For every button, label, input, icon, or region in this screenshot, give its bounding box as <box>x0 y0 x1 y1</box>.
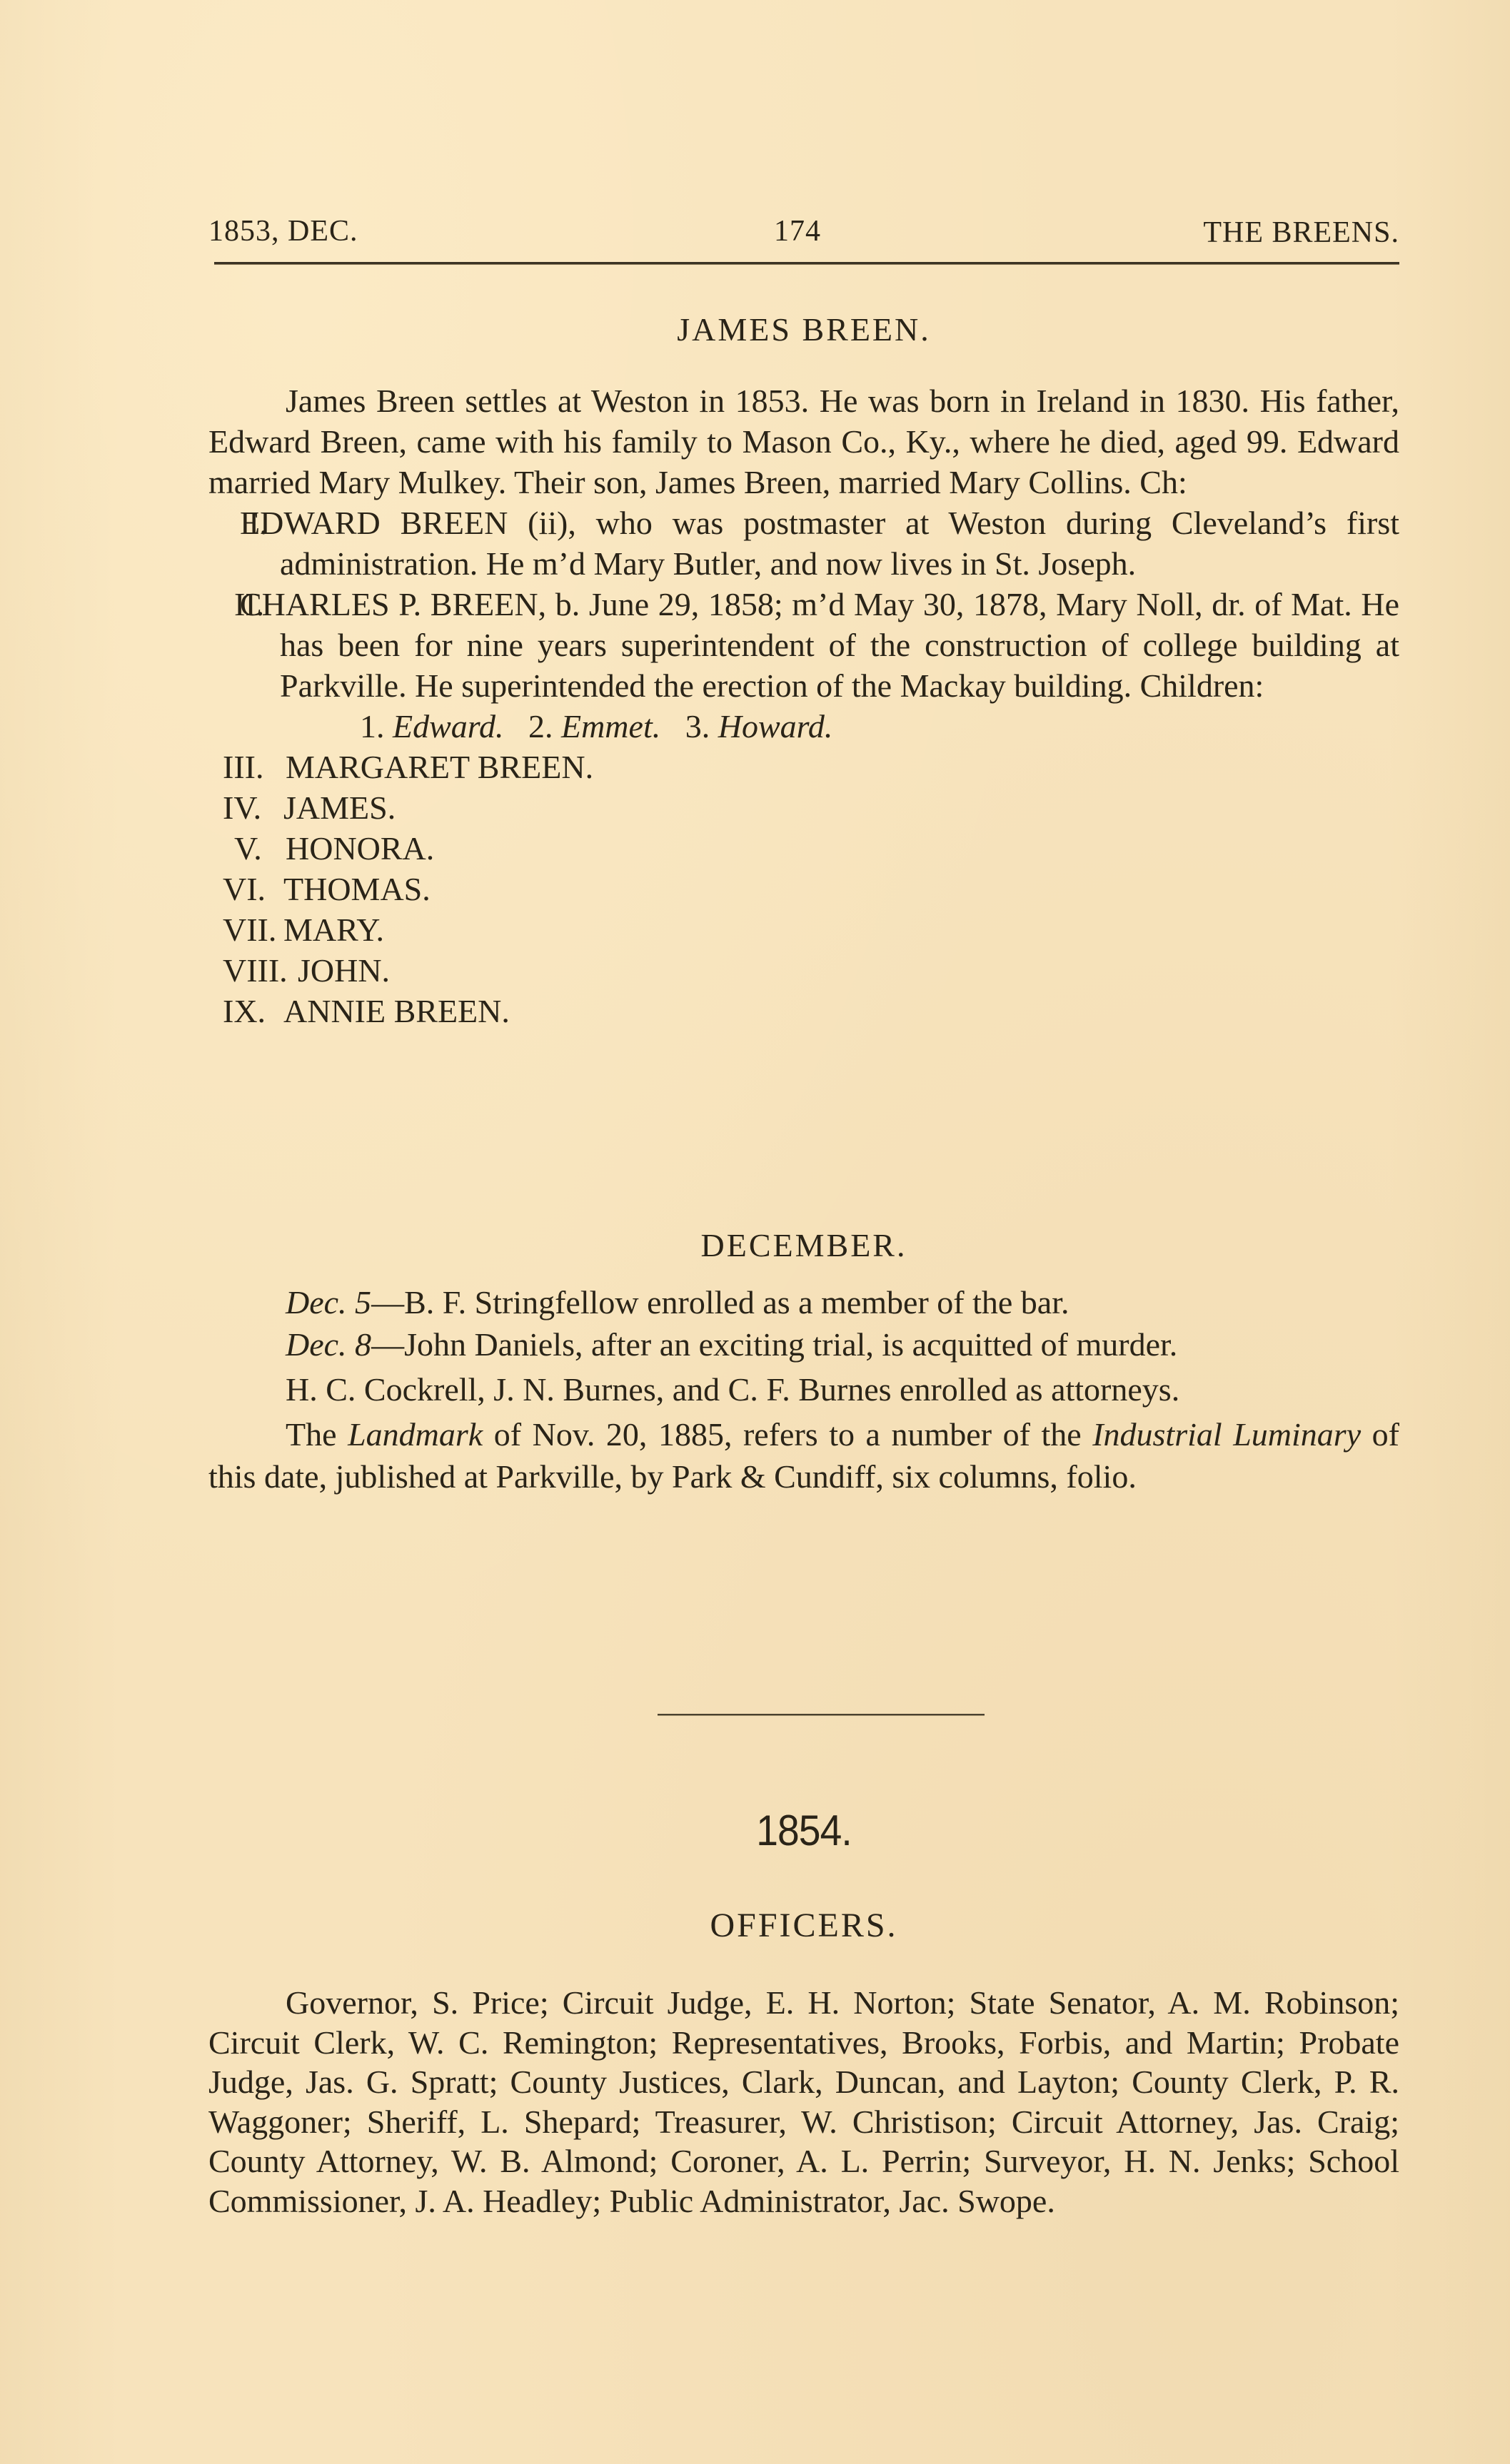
year-heading-1854: 1854. <box>256 1806 1352 1855</box>
header-rule-divider <box>214 262 1399 265</box>
text-run: of Nov. 20, 1885, refers to a number of … <box>483 1416 1092 1453</box>
officers-paragraph: Governor, S. Price; Circuit Judge, E. H.… <box>208 1983 1399 2221</box>
section-title-officers: OFFICERS. <box>208 1906 1399 1945</box>
james-breen-intro-paragraph: James Breen settles at Weston in 1853. H… <box>208 380 1399 503</box>
section-divider-rule <box>658 1714 985 1716</box>
attorneys-paragraph: H. C. Cockrell, J. N. Burnes, and C. F. … <box>208 1368 1399 1410</box>
text-run: The <box>286 1416 348 1453</box>
child-entry-2: II. CHARLES P. BREEN, b. June 29, 1858; … <box>208 584 1399 706</box>
child-text: ANNIE BREEN. <box>283 991 510 1031</box>
child-numeral: VII. <box>223 909 276 950</box>
december-entry-1: Dec. 5—B. F. Stringfellow enrolled as a … <box>208 1281 1399 1323</box>
child-numeral: V. <box>234 828 262 869</box>
child-text: THOMAS. <box>283 869 431 909</box>
child-numeral: IV. <box>223 787 261 828</box>
grandchildren-list: 1. Edward. 2. Emmet. 3. Howard. <box>208 706 1399 747</box>
child-text: MARGARET BREEN. <box>286 747 593 787</box>
child-entry-7: VII. MARY. <box>208 909 1399 950</box>
running-head-date: 1853, DEC. <box>208 214 358 248</box>
entry-dash: — <box>371 1326 404 1363</box>
child-entry-3: III. MARGARET BREEN. <box>208 747 1399 787</box>
grandchild-name: Emmet. <box>561 708 660 744</box>
entry-dash: — <box>371 1284 404 1321</box>
child-text: JOHN. <box>298 950 390 991</box>
child-entry-4: IV. JAMES. <box>208 787 1399 828</box>
james-breen-body: James Breen settles at Weston in 1853. H… <box>208 380 1399 1031</box>
entry-date: Dec. 8 <box>286 1326 371 1363</box>
landmark-paragraph: The Landmark of Nov. 20, 1885, refers to… <box>208 1413 1399 1498</box>
section-title-december: DECEMBER. <box>208 1226 1399 1264</box>
child-text: HONORA. <box>286 828 434 869</box>
child-entry-9: IX. ANNIE BREEN. <box>208 991 1399 1031</box>
running-head-title: THE BREENS. <box>1203 216 1399 250</box>
newspaper-title-industrial-luminary: Industrial Luminary <box>1092 1416 1361 1453</box>
december-entry-2: Dec. 8—John Daniels, after an exciting t… <box>208 1323 1399 1365</box>
entry-text: John Daniels, after an exciting trial, i… <box>404 1326 1177 1363</box>
grandchild-name: Edward. <box>393 708 503 744</box>
child-entry-8: VIII. JOHN. <box>208 950 1399 991</box>
child-entry-5: V. HONORA. <box>208 828 1399 869</box>
section-title-james-breen: JAMES BREEN. <box>208 310 1399 348</box>
page-number: 174 <box>774 214 821 248</box>
child-numeral: VI. <box>223 869 266 909</box>
child-text: EDWARD BREEN (ii), who was postmaster at… <box>280 503 1399 584</box>
child-text: JAMES. <box>283 787 396 828</box>
entry-text: B. F. Stringfellow enrolled as a member … <box>404 1284 1069 1321</box>
running-head: 1853, DEC. 174 THE BREENS. <box>208 214 1399 257</box>
child-numeral: II. <box>234 584 263 625</box>
child-entry-1: I. EDWARD BREEN (ii), who was postmaster… <box>208 503 1399 584</box>
newspaper-title-landmark: Landmark <box>348 1416 483 1453</box>
child-text: CHARLES P. BREEN, b. June 29, 1858; m’d … <box>280 584 1399 706</box>
child-numeral: IX. <box>223 991 266 1031</box>
grandchild-number: 3. <box>685 708 710 744</box>
child-numeral: VIII. <box>223 950 288 991</box>
child-numeral: III. <box>223 747 263 787</box>
entry-date: Dec. 5 <box>286 1284 371 1321</box>
officers-body: Governor, S. Price; Circuit Judge, E. H.… <box>208 1983 1399 2221</box>
december-body: Dec. 5—B. F. Stringfellow enrolled as a … <box>208 1281 1399 1498</box>
child-text: MARY. <box>283 909 384 950</box>
child-entry-6: VI. THOMAS. <box>208 869 1399 909</box>
grandchild-name: Howard. <box>718 708 833 744</box>
grandchild-number: 1. <box>360 708 385 744</box>
child-numeral: I. <box>248 503 270 543</box>
grandchild-number: 2. <box>528 708 553 744</box>
